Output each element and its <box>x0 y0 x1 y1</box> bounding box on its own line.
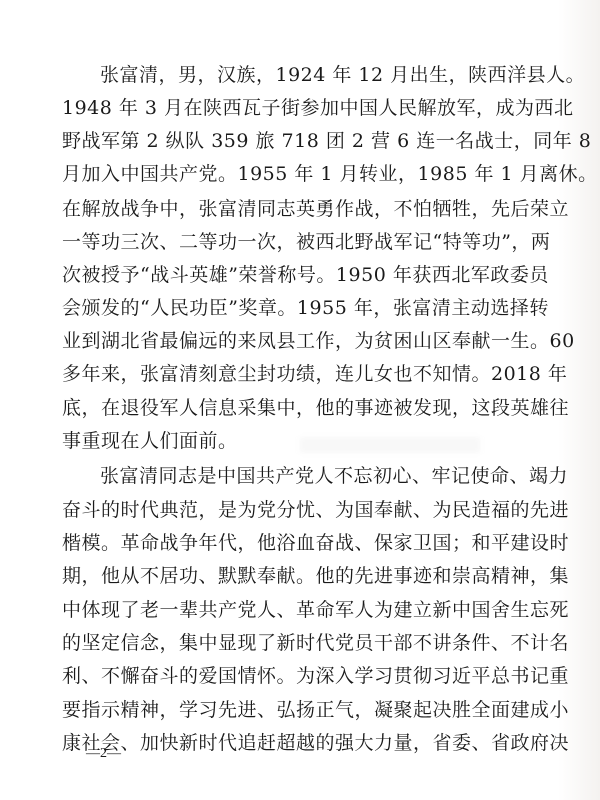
text-line: 次被授予“战斗英雄”荣誉称号。1950 年获西北军政委员 <box>62 259 534 292</box>
document-page: 张富清，男，汉族，1924 年 12 月出生，陕西洋县人。 1948 年 3 月… <box>0 0 600 800</box>
text-line: 月加入中国共产党。1955 年 1 月转业，1985 年 1 月离休。 <box>62 158 534 191</box>
text-line: 底，在退役军人信息采集中，他的事迹被发现，这段英雄往 <box>62 392 534 425</box>
text-line: 会颁发的“人民功臣”奖章。1955 年，张富清主动选择转 <box>62 292 534 325</box>
text-line: 的坚定信念，集中显现了新时代党员干部不讲条件、不计名 <box>62 627 534 660</box>
text-line: 张富清，男，汉族，1924 年 12 月出生，陕西洋县人。 <box>100 59 534 92</box>
text-line: 业到湖北省最偏远的来凤县工作，为贫困山区奉献一生。60 <box>62 325 534 358</box>
text-line: 要指示精神，学习先进、弘扬正气，凝聚起决胜全面建成小 <box>62 694 534 727</box>
page-number: —2— <box>86 746 121 762</box>
text-line: 楷模。革命战争年代，他浴血奋战、保家卫国；和平建设时 <box>62 527 534 560</box>
text-line: 野战军第 2 纵队 359 旅 718 团 2 营 6 连一名战士，同年 8 <box>62 125 534 158</box>
text-line: 1948 年 3 月在陕西瓦子街参加中国人民解放军，成为西北 <box>62 92 534 125</box>
text-line: 张富清同志是中国共产党人不忘初心、牢记使命、竭力 <box>100 460 534 493</box>
text-line: 期，他从不居功、默默奉献。他的先进事迹和崇高精神，集 <box>62 560 534 593</box>
text-line: 康社会、加快新时代追赶超越的强大力量，省委、省政府决 <box>62 727 534 760</box>
text-line: 利、不懈奋斗的爱国情怀。为深入学习贯彻习近平总书记重 <box>62 660 534 693</box>
text-line: 奋斗的时代典范，是为党分忧、为国奉献、为民造福的先进 <box>62 494 534 527</box>
text-line: 多年来，张富清刻意尘封功绩，连儿女也不知情。2018 年 <box>62 358 534 391</box>
text-line: 一等功三次、二等功一次，被西北野战军记“特等功”，两 <box>62 226 534 259</box>
text-line: 中体现了老一辈共产党人、革命军人为建立新中国舍生忘死 <box>62 594 534 627</box>
text-line: 在解放战争中，张富清同志英勇作战，不怕牺牲，先后荣立 <box>62 193 534 226</box>
text-line: 事重现在人们面前。 <box>62 425 534 458</box>
